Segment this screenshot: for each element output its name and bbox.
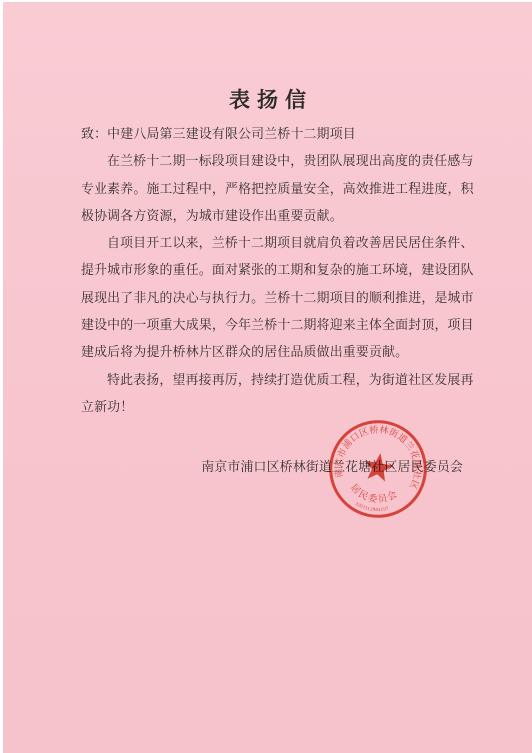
body-line: 自项目开工以来，兰桥十二期项目就肩负着改善居民居住条件、 [81, 230, 464, 257]
letter-page: 表扬信 致：中建八局第三建设有限公司兰桥十二期项目 在兰桥十二期一标段项目建设中… [3, 2, 532, 753]
body-line: 极协调各方资源，为城市建设作出重要贡献。 [81, 203, 464, 230]
body-line: 特此表扬，望再接再厉，持续打造优质工程，为街道社区发展再 [81, 367, 464, 394]
seal-star-icon [362, 451, 395, 482]
body-line: 展现出了非凡的决心与执行力。兰桥十二期项目的顺利推进，是城市 [81, 285, 464, 312]
seal-bottom-text: 居民委员会 [346, 480, 401, 508]
official-seal-stamp: 南京市浦口区桥林街道兰花塘社区 居民委员会 3201112984197 [326, 417, 430, 521]
body-line: 提升城市形象的重任。面对紧张的工期和复杂的施工环境，建设团队 [81, 257, 464, 284]
body-line: 建成后将为提升桥林片区群众的居住品质做出重要贡献。 [81, 339, 464, 366]
body-line: 在兰桥十二期一标段项目建设中，贵团队展现出高度的责任感与 [81, 148, 464, 175]
body-line: 建设中的一项重大成果，今年兰桥十二期将迎来主体全面封顶，项目 [81, 312, 464, 339]
salutation-line: 致：中建八局第三建设有限公司兰桥十二期项目 [81, 121, 464, 148]
svg-text:居民委员会: 居民委员会 [346, 480, 401, 508]
body-line: 专业素养。施工过程中，严格把控质量安全，高效推进工程进度，积 [81, 176, 464, 203]
letter-title: 表扬信 [3, 84, 532, 114]
paragraphs-container: 在兰桥十二期一标段项目建设中，贵团队展现出高度的责任感与专业素养。施工过程中，严… [81, 148, 464, 421]
